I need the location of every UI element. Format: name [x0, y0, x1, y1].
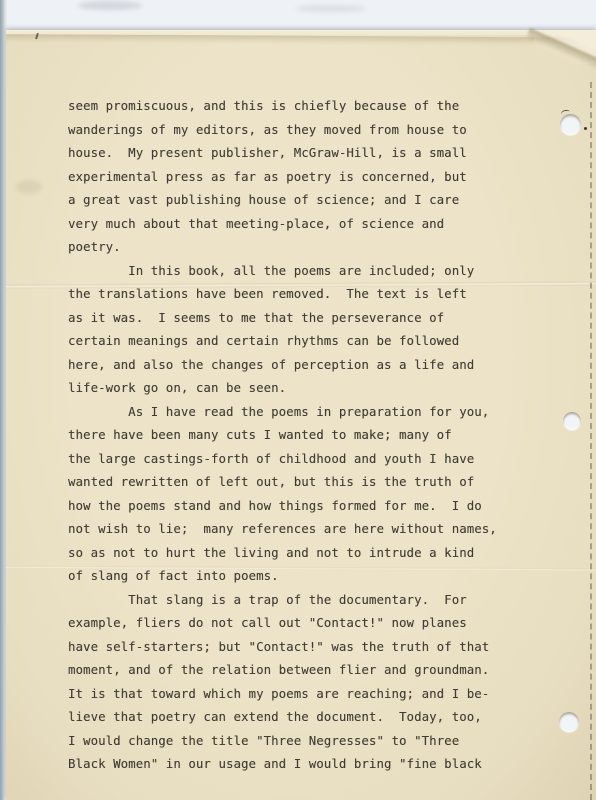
text-line: have self-starters; but "Contact!" was t…	[68, 636, 560, 660]
text-line: certain meanings and certain rhythms can…	[68, 330, 560, 354]
paper-top-crease	[6, 34, 596, 47]
punch-hole	[559, 712, 579, 732]
text-line: wanderings of my editors, as they moved …	[68, 119, 560, 143]
punch-hole	[563, 412, 581, 430]
text-line: very much about that meeting-place, of s…	[68, 213, 560, 237]
scanner-smudge	[78, 1, 142, 10]
text-line: there have been many cuts I wanted to ma…	[68, 424, 560, 448]
text-line: house. My present publisher, McGraw-Hill…	[68, 142, 560, 166]
text-line: the large castings-forth of childhood an…	[68, 448, 560, 472]
text-line: Black Women" in our usage and I would br…	[68, 753, 560, 777]
text-line: example, fliers do not call out "Contact…	[68, 612, 560, 636]
text-line: In this book, all the poems are included…	[68, 260, 560, 284]
text-line: of slang of fact into poems.	[68, 565, 560, 589]
scanner-smudge	[296, 5, 366, 12]
text-line: That slang is a trap of the documentary.…	[68, 589, 560, 613]
punch-hole	[560, 114, 581, 135]
scanned-page: seem promiscuous, and this is chiefly be…	[0, 0, 596, 800]
text-line: experimental press as far as poetry is c…	[68, 166, 560, 190]
typewritten-text: seem promiscuous, and this is chiefly be…	[68, 95, 560, 777]
document-page: seem promiscuous, and this is chiefly be…	[6, 30, 596, 800]
text-line: poetry.	[68, 236, 560, 260]
text-line: As I have read the poems in preparation …	[68, 401, 560, 425]
text-line: I would change the title "Three Negresse…	[68, 730, 560, 754]
paper-right-edge	[590, 82, 592, 800]
text-line: so as not to hurt the living and not to …	[68, 542, 560, 566]
text-line: how the poems stand and how things forme…	[68, 495, 560, 519]
text-line: life-work go on, can be seen.	[68, 377, 560, 401]
text-line: lieve that poetry can extend the documen…	[68, 706, 560, 730]
text-line: a great vast publishing house of science…	[68, 189, 560, 213]
text-line: as it was. I seems to me that the persev…	[68, 307, 560, 331]
text-line: It is that toward which my poems are rea…	[68, 683, 560, 707]
paper-smudge	[16, 180, 42, 194]
text-line: the translations have been removed. The …	[68, 283, 560, 307]
text-line: seem promiscuous, and this is chiefly be…	[68, 95, 560, 119]
text-line: not wish to lie; many references are her…	[68, 518, 560, 542]
text-line: moment, and of the relation between flie…	[68, 659, 560, 683]
text-line: wanted rewritten of left out, but this i…	[68, 471, 560, 495]
pen-mark	[584, 127, 587, 130]
text-line: here, and also the changes of perception…	[68, 354, 560, 378]
